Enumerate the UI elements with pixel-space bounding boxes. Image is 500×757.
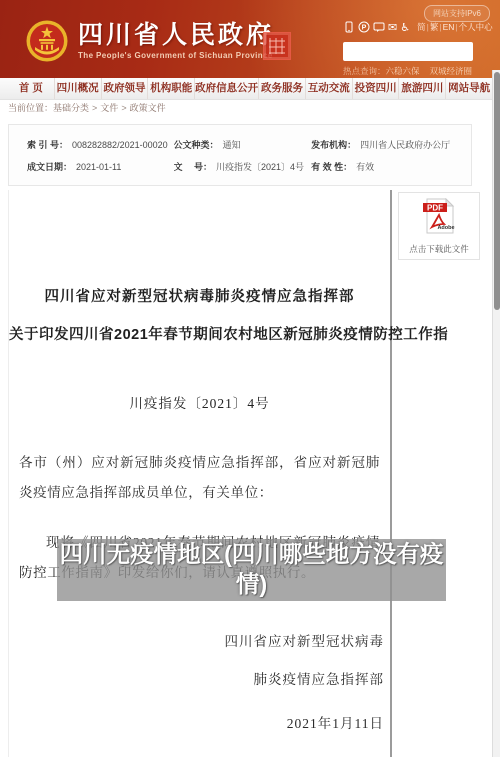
- nav-item-travel[interactable]: 旅游四川: [398, 78, 445, 99]
- signature-line2: 肺炎疫情应急指挥部: [9, 668, 390, 688]
- meta-issuing-agency: 发布机构：四川省人民政府办公厅: [311, 138, 471, 151]
- mobile-icon[interactable]: [343, 21, 355, 34]
- document-meta-panel: 索 引 号：008282882/2021-00020 公文种类：通知 发布机构：…: [8, 124, 472, 186]
- pdf-download-label[interactable]: 点击下载此文件: [399, 243, 479, 255]
- national-emblem-icon: [26, 20, 68, 62]
- pdf-download-box[interactable]: PDF Adobe 点击下载此文件: [398, 192, 480, 260]
- document-date: 2021年1月11日: [9, 712, 390, 732]
- social-p-icon[interactable]: P: [358, 21, 370, 34]
- scrollbar-track[interactable]: [492, 70, 500, 757]
- nav-item-home[interactable]: 首 页: [8, 78, 54, 99]
- hot-search-label: 热点查询：: [343, 66, 386, 76]
- breadcrumb: 当前位置：基础分类>文件>政策文件: [8, 101, 166, 114]
- signature-line1: 四川省应对新型冠状病毒: [9, 630, 390, 650]
- hot-search-term[interactable]: 六稳六保: [386, 66, 420, 76]
- caption-text: 四川无疫情地区(四川哪些地方没有疫情): [57, 539, 446, 599]
- document-title-line2: 关于印发四川省2021年春节期间农村地区新冠肺炎疫情防控工作指: [9, 323, 390, 344]
- lang-simplified-link[interactable]: 简: [417, 22, 426, 32]
- site-logo[interactable]: 四川省人民政府 The People's Government of Sichu…: [26, 20, 274, 62]
- site-subtitle: The People's Government of Sichuan Provi…: [78, 51, 274, 60]
- official-seal-icon: [263, 32, 291, 60]
- breadcrumb-link[interactable]: 文件: [100, 103, 118, 113]
- meta-index-number: 索 引 号：008282882/2021-00020: [27, 138, 174, 151]
- meta-date: 成文日期：2021-01-11: [27, 160, 174, 173]
- hot-search-row: 热点查询：六稳六保双城经济圈: [343, 65, 475, 77]
- lang-en-link[interactable]: EN: [443, 22, 455, 32]
- breadcrumb-label: 当前位置：: [8, 103, 53, 113]
- document-salutation: 各市（州）应对新冠肺炎疫情应急指挥部，省应对新冠肺炎疫情应急指挥部成员单位，有关…: [9, 448, 390, 508]
- pdf-file-icon: PDF Adobe: [419, 198, 459, 234]
- personal-center-link[interactable]: 个人中心: [459, 22, 493, 32]
- site-title: 四川省人民政府: [78, 22, 274, 48]
- message-icon[interactable]: [373, 21, 385, 34]
- svg-text:Adobe: Adobe: [437, 225, 454, 231]
- scrollbar-thumb[interactable]: [494, 72, 500, 310]
- nav-item-services[interactable]: 政务服务: [258, 78, 305, 99]
- page-root: 网站支持IPv6 四川省人民政府 The People's Government…: [0, 0, 500, 757]
- nav-item-invest[interactable]: 投资四川: [352, 78, 399, 99]
- search-input[interactable]: [343, 44, 473, 59]
- header-tools: P ✉ ♿ 简|繁|EN|个人中心 热点查询：六稳六保双城经济圈: [343, 20, 475, 77]
- content-area: 四川省应对新型冠状病毒肺炎疫情应急指挥部 关于印发四川省2021年春节期间农村地…: [0, 188, 500, 757]
- nav-item-sitemap[interactable]: 网站导航: [445, 78, 492, 99]
- meta-doc-number: 文 号：川疫指发〔2021〕4号: [174, 160, 312, 173]
- nav-item-info-disclosure[interactable]: 政府信息公开: [194, 78, 258, 99]
- main-nav: 首 页 四川概况 政府领导 机构职能 政府信息公开 政务服务 互动交流 投资四川…: [0, 78, 500, 100]
- search-box: [343, 42, 473, 61]
- mail-icon[interactable]: ✉: [388, 21, 397, 34]
- meta-doc-type: 公文种类：通知: [174, 138, 312, 151]
- language-switcher: 简|繁|EN|个人中心: [417, 21, 493, 33]
- hot-search-term[interactable]: 双城经济圈: [430, 66, 473, 76]
- meta-validity: 有 效 性：有效: [311, 160, 471, 173]
- nav-item-interaction[interactable]: 互动交流: [305, 78, 352, 99]
- nav-item-functions[interactable]: 机构职能: [147, 78, 194, 99]
- site-header: 网站支持IPv6 四川省人民政府 The People's Government…: [0, 0, 500, 78]
- svg-text:P: P: [362, 25, 367, 32]
- caption-overlay: 四川无疫情地区(四川哪些地方没有疫情): [57, 539, 446, 601]
- lang-traditional-link[interactable]: 繁: [430, 22, 439, 32]
- document-title-line1: 四川省应对新型冠状病毒肺炎疫情应急指挥部: [9, 285, 390, 306]
- breadcrumb-current: 政策文件: [130, 103, 166, 113]
- svg-text:PDF: PDF: [427, 203, 443, 212]
- accessibility-icon[interactable]: ♿: [400, 21, 410, 34]
- breadcrumb-link[interactable]: 基础分类: [53, 103, 89, 113]
- document-page: 四川省应对新型冠状病毒肺炎疫情应急指挥部 关于印发四川省2021年春节期间农村地…: [8, 190, 392, 757]
- document-number: 川疫指发〔2021〕4号: [9, 392, 390, 412]
- nav-item-leaders[interactable]: 政府领导: [101, 78, 148, 99]
- nav-item-overview[interactable]: 四川概况: [54, 78, 101, 99]
